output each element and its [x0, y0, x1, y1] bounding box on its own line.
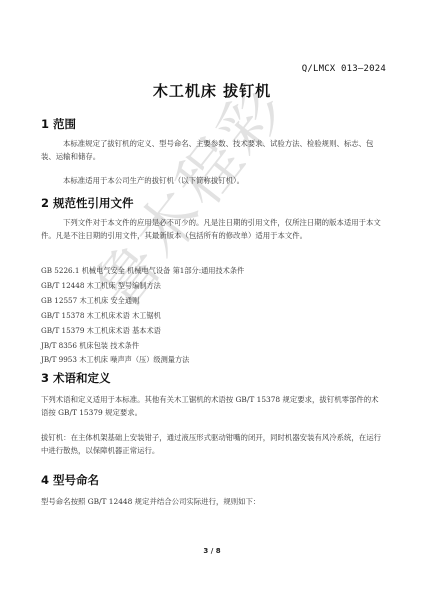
document-title: 木工机床 拔钉机 — [0, 80, 424, 101]
page-number: 3 / 8 — [0, 547, 424, 555]
section-heading-normative-references: 2 规范性引用文件 — [41, 195, 134, 211]
section-heading-scope: 1 范围 — [41, 116, 76, 132]
reference-item: GB 5226.1 机械电气安全 机械电气设备 第1部分:通用技术条件 — [41, 266, 244, 276]
section-heading-model-naming: 4 型号命名 — [41, 472, 99, 488]
references-intro-paragraph: 下列文件对于本文件的应用是必不可少的。凡是注日期的引用文件，仅所注日期的版本适用… — [41, 216, 385, 242]
reference-item: GB/T 12448 木工机床 型号编制方法 — [41, 281, 161, 291]
model-naming-paragraph: 型号命名按照 GB/T 12448 规定并结合公司实际进行，规则如下： — [41, 495, 385, 508]
section-heading-terms-definitions: 3 术语和定义 — [41, 370, 111, 386]
scope-paragraph-1: 本标准规定了拔钉机的定义、型号命名、主要参数、技术要求、试验方法、检验规则、标志… — [41, 137, 385, 163]
reference-item: GB/T 15378 木工机床术语 木工锯机 — [41, 311, 161, 321]
reference-item: JB/T 9953 木工机床 噪声声（压）级测量方法 — [41, 355, 189, 365]
document-code: Q/LMCX 013—2024 — [302, 64, 386, 74]
scope-paragraph-2: 本标准适用于本公司生产的拔钉机（以下简称拔钉机）。 — [41, 174, 385, 187]
document-page: 鲁木程彩 Q/LMCX 013—2024 木工机床 拔钉机 1 范围 本标准规定… — [0, 0, 424, 600]
reference-item: GB 12557 木工机床 安全通则 — [41, 296, 139, 306]
reference-item: JB/T 8356 机床包装 技术条件 — [41, 341, 139, 351]
reference-item: GB/T 15379 木工机床术语 基本术语 — [41, 326, 161, 336]
terms-paragraph-1: 下列术语和定义适用于本标准。其他有关木工锯机的术语按 GB/T 15378 规定… — [41, 393, 385, 419]
terms-paragraph-2: 拔钉机：在主体机架基础上安装钳子，通过液压形式驱动钳嘴的闭开，同时机器安装有风冷… — [41, 431, 385, 457]
